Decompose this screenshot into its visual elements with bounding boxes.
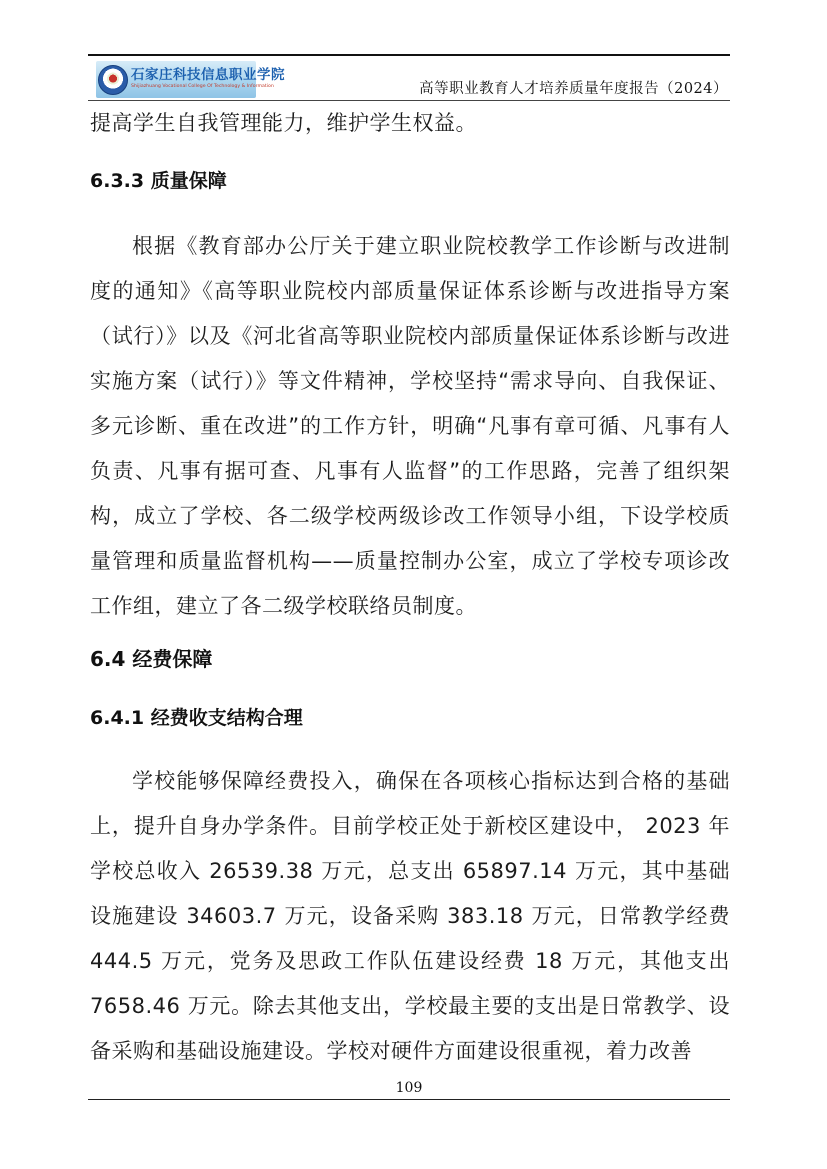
page-number: 109 bbox=[396, 1080, 423, 1096]
page-footer: 109 bbox=[88, 1077, 730, 1100]
heading-6-4: 6.4 经费保障 bbox=[90, 645, 730, 673]
header-top-rule bbox=[88, 54, 730, 56]
paragraph-quality-assurance: 根据《教育部办公厅关于建立职业院校教学工作诊断与改进制度的通知》《高等职业院校内… bbox=[90, 224, 730, 629]
heading-6-3-3: 6.3.3 质量保障 bbox=[90, 168, 730, 194]
college-name-en: Shijiazhuang Vocational College Of Techn… bbox=[131, 84, 274, 89]
heading-6-4-1: 6.4.1 经费收支结构合理 bbox=[90, 705, 730, 731]
paragraph-funding: 学校能够保障经费投入，确保在各项核心指标达到合格的基础上，提升自身办学条件。目前… bbox=[90, 759, 730, 1074]
college-emblem-icon bbox=[98, 65, 128, 95]
college-logo: 石家庄科技信息职业学院 Shijiazhuang Vocational Coll… bbox=[96, 61, 256, 98]
paragraph-continued: 提高学生自我管理能力，维护学生权益。 bbox=[90, 101, 730, 146]
college-name-cn: 石家庄科技信息职业学院 bbox=[131, 69, 314, 83]
document-body: 提高学生自我管理能力，维护学生权益。6.3.3 质量保障根据《教育部办公厅关于建… bbox=[90, 101, 730, 1074]
document-page: 石家庄科技信息职业学院 Shijiazhuang Vocational Coll… bbox=[0, 0, 827, 1169]
report-title: 高等职业教育人才培养质量年度报告（2024） bbox=[419, 77, 728, 98]
logo-text: 石家庄科技信息职业学院 Shijiazhuang Vocational Coll… bbox=[131, 69, 314, 91]
